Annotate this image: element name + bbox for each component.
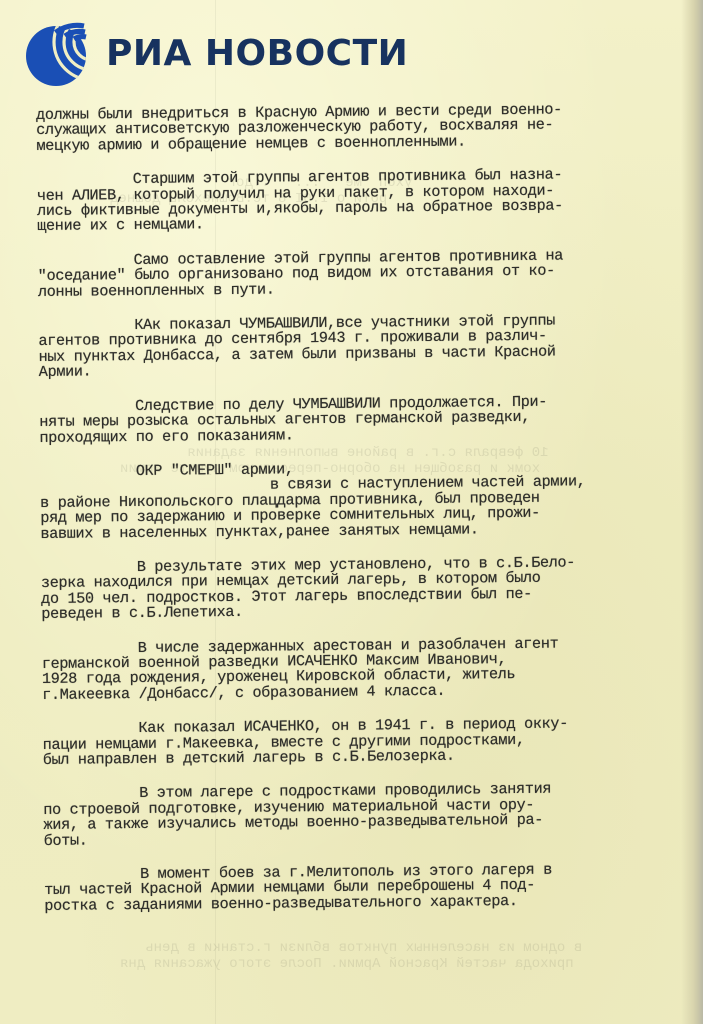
- document-paragraph: Само оставление этой группы агентов прот…: [38, 247, 678, 300]
- bleed-through-text: в одном из населенных пунктов вблизи г.с…: [120, 940, 582, 972]
- typewritten-text: должны были внедриться в Красную Армию и…: [36, 101, 685, 933]
- document-paragraph: ОКР "СМЕРШ" армии,в связи с наступлением…: [40, 458, 681, 542]
- document-paragraph: В этом лагере с подростками проводились …: [43, 781, 684, 849]
- text-line: г.Макеевка /Донбасс/, с образованием 4 к…: [42, 681, 682, 703]
- ria-globe-icon: [22, 20, 94, 88]
- document-paragraph: Старшим этой группы агентов противника б…: [37, 167, 678, 235]
- document-paragraph: В момент боев за г.Мелитополь из этого л…: [44, 861, 684, 914]
- document-paragraph: В числе задержанных арестован и разоблач…: [42, 635, 683, 703]
- brand-name: РИА НОВОСТИ: [106, 36, 408, 72]
- document-paragraph: КАк показал ЧУМБАШВИЛИ,все участники это…: [38, 312, 679, 380]
- document-paragraph: должны были внедриться в Красную Армию и…: [36, 101, 676, 154]
- document-paragraph: Как показал ИСАЧЕНКО, он в 1941 г. в пер…: [42, 715, 682, 768]
- document-page: ухоп ме ... ..дог роти о I.0I 8 те.Вошне…: [0, 0, 703, 1024]
- text-line: мецкую армию и обращение немцев с военно…: [36, 132, 676, 154]
- text-line: вавших в населенных пунктах,ранее заняты…: [40, 520, 680, 542]
- text-line: ростка с заданиями военно-разведывательн…: [44, 892, 684, 914]
- ria-novosti-logo: РИА НОВОСТИ: [22, 20, 408, 88]
- document-paragraph: В результате этих мер установлено, что в…: [41, 554, 682, 622]
- page-edge-shadow: [681, 0, 703, 1024]
- document-paragraph: Следствие по делу ЧУМБАШВИЛИ продолжаетс…: [39, 393, 679, 446]
- text-line: был направлен в детский лагерь в с.Б.Бел…: [43, 746, 683, 768]
